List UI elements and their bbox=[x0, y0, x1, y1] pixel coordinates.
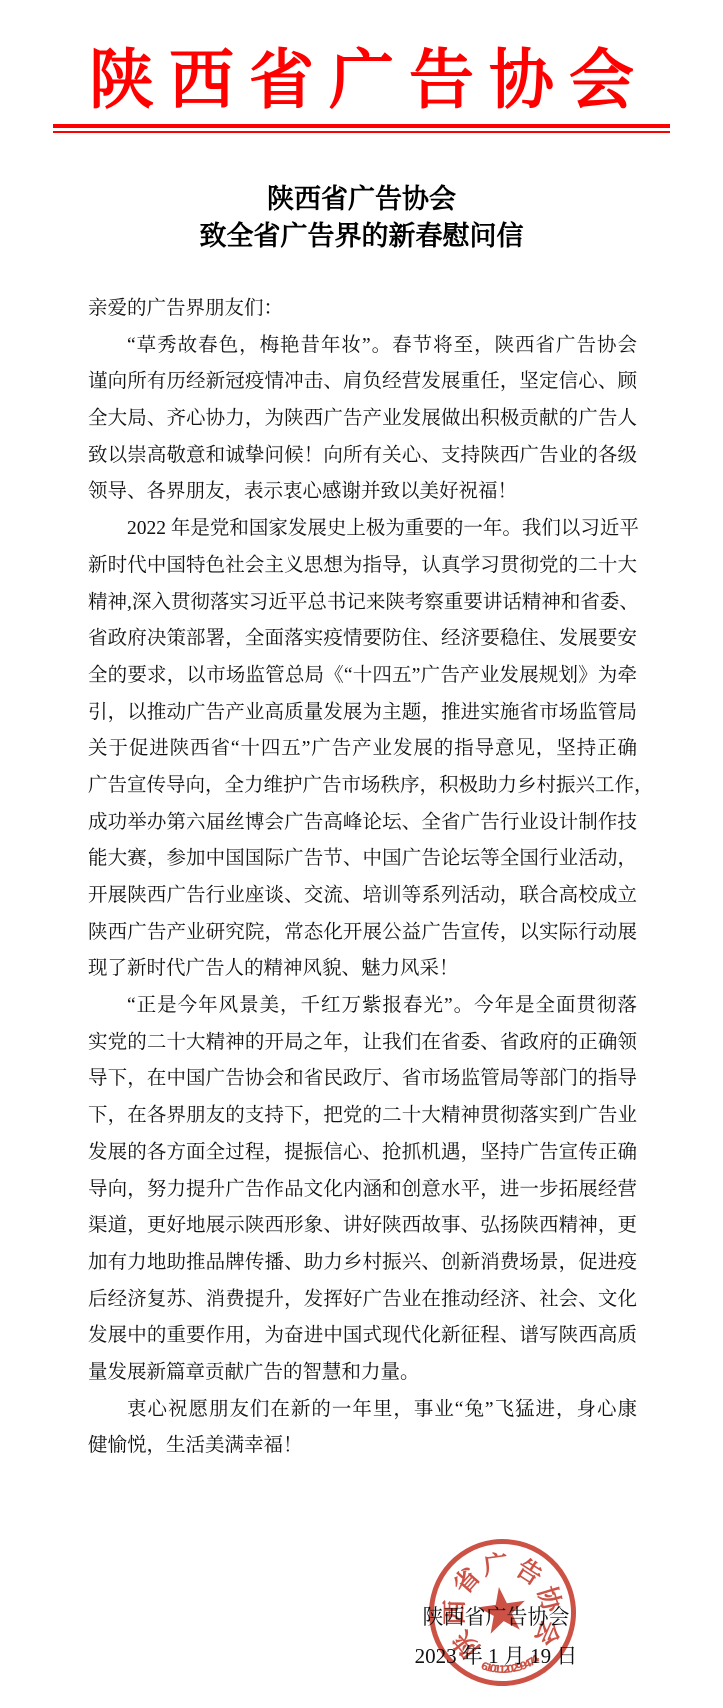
body-line: 全的要求，以市场监管总局《“十四五”广告产业发展规划》为牵 bbox=[88, 658, 637, 695]
salutation: 亲爱的广告界朋友们： bbox=[88, 291, 637, 328]
body-line: 成功举办第六届丝博会广告高峰论坛、全省广告行业设计制作技 bbox=[88, 805, 637, 842]
body-line: 新时代中国特色社会主义思想为指导，认真学习贯彻党的二十大 bbox=[88, 548, 637, 585]
body-line: 下，在各界朋友的支持下，把党的二十大精神贯彻落实到广告业 bbox=[88, 1098, 637, 1135]
body-line: 导向，努力提升广告作品文化内涵和创意水平，进一步拓展经营 bbox=[88, 1172, 637, 1209]
body-line: 致以崇高敬意和诚挚问候！向所有关心、支持陕西广告业的各级 bbox=[88, 438, 637, 475]
paragraph: “草秀故春色，梅艳昔年妆”。春节将至，陕西省广告协会谨向所有历经新冠疫情冲击、肩… bbox=[88, 328, 637, 511]
body-line: “草秀故春色，梅艳昔年妆”。春节将至，陕西省广告协会 bbox=[88, 328, 637, 365]
body-line: 关于促进陕西省“十四五”广告产业发展的指导意见，坚持正确 bbox=[88, 731, 637, 768]
paragraph: “正是今年风景美，千红万紫报春光”。今年是全面贯彻落实党的二十大精神的开局之年，… bbox=[88, 988, 637, 1392]
body-line: 省政府决策部署，全面落实疫情要防住、经济要稳住、发展要安 bbox=[88, 621, 637, 658]
letterhead-rule-thick bbox=[53, 124, 670, 128]
letterhead-org-name: 陕西省广告协会 bbox=[0, 36, 723, 126]
body-line: 量发展新篇章贡献广告的智慧和力量。 bbox=[88, 1355, 637, 1392]
body-line: 导下，在中国广告协会和省民政厅、省市场监管局等部门的指导 bbox=[88, 1061, 637, 1098]
letter-title-line1: 陕西省广告协会 bbox=[0, 181, 723, 218]
body-line: 衷心祝愿朋友们在新的一年里，事业“兔”飞猛进，身心康 bbox=[88, 1392, 637, 1429]
body-line: 能大赛，参加中国国际广告节、中国广告论坛等全国行业活动， bbox=[88, 841, 637, 878]
body-line: 谨向所有历经新冠疫情冲击、肩负经营发展重任，坚定信心、顾 bbox=[88, 364, 637, 401]
body-line: 领导、各界朋友，表示衷心感谢并致以美好祝福！ bbox=[88, 474, 637, 511]
body-line: 实党的二十大精神的开局之年，让我们在省委、省政府的正确领 bbox=[88, 1025, 637, 1062]
body-line: 加有力地助推品牌传播、助力乡村振兴、创新消费场景，促进疫 bbox=[88, 1245, 637, 1282]
letter-body: 亲爱的广告界朋友们： “草秀故春色，梅艳昔年妆”。春节将至，陕西省广告协会谨向所… bbox=[88, 291, 637, 1465]
body-line: 现了新时代广告人的精神风貌、魅力风采！ bbox=[88, 951, 637, 988]
seal-code: 6101120299474 bbox=[425, 1535, 580, 1690]
official-seal: ★ 陕西省广告协会 6101120299474 bbox=[419, 1529, 585, 1695]
body-line: “正是今年风景美，千红万紫报春光”。今年是全面贯彻落 bbox=[88, 988, 637, 1025]
body-line: 开展陕西广告行业座谈、交流、培训等系列活动，联合高校成立 bbox=[88, 878, 637, 915]
body-line: 陕西广告产业研究院，常态化开展公益广告宣传，以实际行动展 bbox=[88, 915, 637, 952]
body-line: 广告宣传导向，全力维护广告市场秩序，积极助力乡村振兴工作， bbox=[88, 768, 637, 805]
body-line: 后经济复苏、消费提升，发挥好广告业在推动经济、社会、文化 bbox=[88, 1282, 637, 1319]
paragraph: 衷心祝愿朋友们在新的一年里，事业“兔”飞猛进，身心康健愉悦，生活美满幸福！ bbox=[88, 1392, 637, 1465]
paragraph: 2022 年是党和国家发展史上极为重要的一年。我们以习近平新时代中国特色社会主义… bbox=[88, 511, 637, 988]
letterhead-rule-thin bbox=[53, 131, 670, 133]
body-line: 发展的各方面全过程，提振信心、抢抓机遇，坚持广告宣传正确 bbox=[88, 1135, 637, 1172]
letter-title: 陕西省广告协会 致全省广告界的新春慰问信 bbox=[0, 181, 723, 255]
body-line: 精神,深入贯彻落实习近平总书记来陕考察重要讲话精神和省委、 bbox=[88, 585, 637, 622]
body-line: 引，以推动广告产业高质量发展为主题，推进实施省市场监管局 bbox=[88, 695, 637, 732]
body-line: 发展中的重要作用，为奋进中国式现代化新征程、谱写陕西高质 bbox=[88, 1318, 637, 1355]
body-line: 健愉悦，生活美满幸福！ bbox=[88, 1428, 637, 1465]
body-line: 全大局、齐心协力，为陕西广告产业发展做出积极贡献的广告人 bbox=[88, 401, 637, 438]
letter-page: 陕西省广告协会 陕西省广告协会 致全省广告界的新春慰问信 亲爱的广告界朋友们： … bbox=[0, 0, 723, 1708]
letter-title-line2: 致全省广告界的新春慰问信 bbox=[0, 218, 723, 255]
body-line: 2022 年是党和国家发展史上极为重要的一年。我们以习近平 bbox=[88, 511, 637, 548]
body-line: 渠道，更好地展示陕西形象、讲好陕西故事、弘扬陕西精神，更 bbox=[88, 1208, 637, 1245]
